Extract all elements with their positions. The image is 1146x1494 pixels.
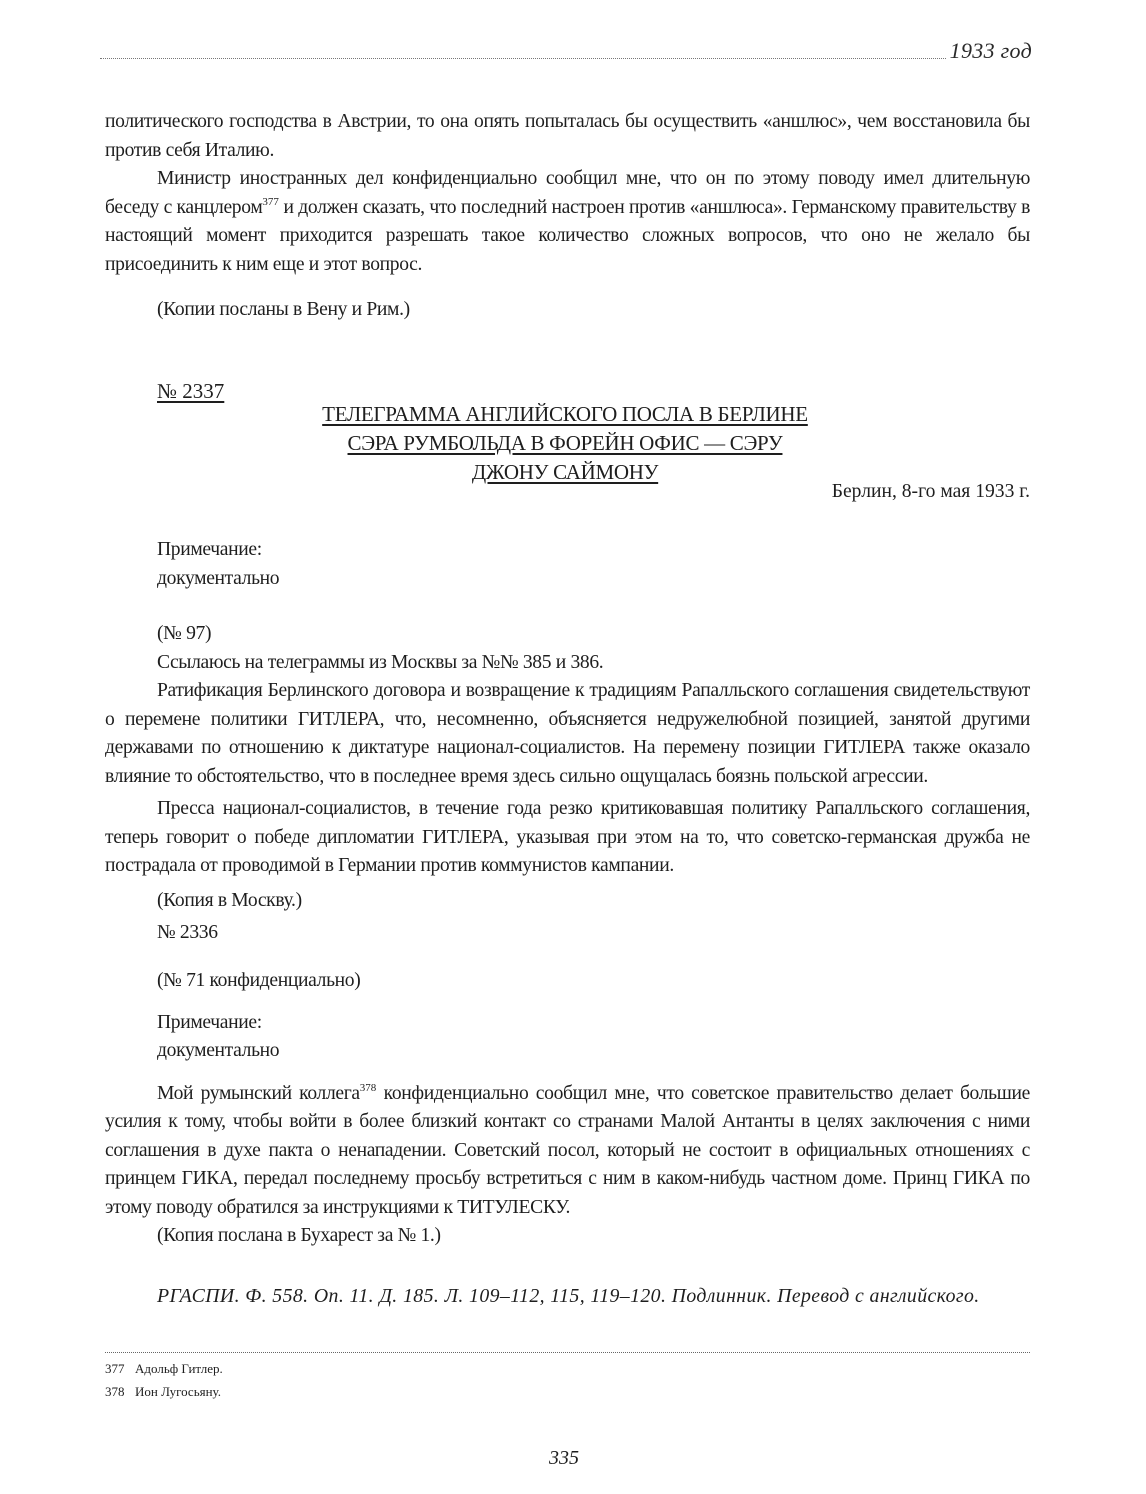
reference-number: (№ 97) bbox=[105, 620, 1030, 649]
running-head-title: 1933 год bbox=[950, 38, 1032, 64]
telegram-body-1: (№ 97) Ссылаюсь на телеграммы из Москвы … bbox=[105, 620, 1030, 948]
footnote-ref[interactable]: 377 bbox=[262, 196, 279, 208]
document-title: ТЕЛЕГРАММА АНГЛИЙСКОГО ПОСЛА В БЕРЛИНЕ С… bbox=[250, 400, 880, 487]
footnotes: 377 Адольф Гитлер. 378 Ион Лугосьяну. bbox=[105, 1357, 223, 1403]
reference-number: (№ 71 конфиденциально) bbox=[105, 967, 1030, 996]
note-label: Примечание: bbox=[105, 1009, 1030, 1038]
document-number: № 2337 bbox=[157, 379, 224, 404]
paragraph: Пресса национал-социалистов, в течение г… bbox=[105, 795, 1030, 881]
note-block-1: Примечание: документально bbox=[105, 536, 1030, 593]
paragraph: Ссылаюсь на телеграммы из Москвы за №№ 3… bbox=[105, 649, 1030, 678]
paragraph: Мой румынский коллега378 конфиденциально… bbox=[105, 1080, 1030, 1223]
paragraph: политического господства в Австрии, то о… bbox=[105, 108, 1030, 165]
paragraph: Министр иностранных дел конфиденциально … bbox=[105, 165, 1030, 279]
footnote: 377 Адольф Гитлер. bbox=[105, 1357, 223, 1380]
copies-note: (Копия послана в Бухарест за № 1.) bbox=[105, 1222, 1030, 1251]
document-number-2: № 2336 bbox=[105, 919, 1030, 948]
page-number: 335 bbox=[549, 1447, 579, 1470]
note-label: Примечание: bbox=[105, 536, 1030, 565]
continuation-text: политического господства в Австрии, то о… bbox=[105, 108, 1030, 279]
footnote-ref[interactable]: 378 bbox=[360, 1082, 377, 1094]
telegram-body-2: (№ 71 конфиденциально) Примечание: докум… bbox=[105, 967, 1030, 1251]
note-value: документально bbox=[105, 565, 1030, 594]
footnote: 378 Ион Лугосьяну. bbox=[105, 1380, 223, 1403]
copies-note: (Копия в Москву.) bbox=[105, 887, 1030, 916]
footnote-rule bbox=[105, 1352, 1030, 1353]
note-value: документально bbox=[105, 1037, 1030, 1066]
copies-note: (Копии посланы в Вену и Рим.) bbox=[105, 296, 1030, 325]
archive-source: РГАСПИ. Ф. 558. Оп. 11. Д. 185. Л. 109–1… bbox=[105, 1282, 1030, 1310]
running-head: 1933 год bbox=[100, 36, 1032, 64]
paragraph: Ратификация Берлинского договора и возвр… bbox=[105, 677, 1030, 791]
header-rule bbox=[100, 58, 946, 59]
document-date: Берлин, 8-го мая 1933 г. bbox=[832, 481, 1030, 503]
